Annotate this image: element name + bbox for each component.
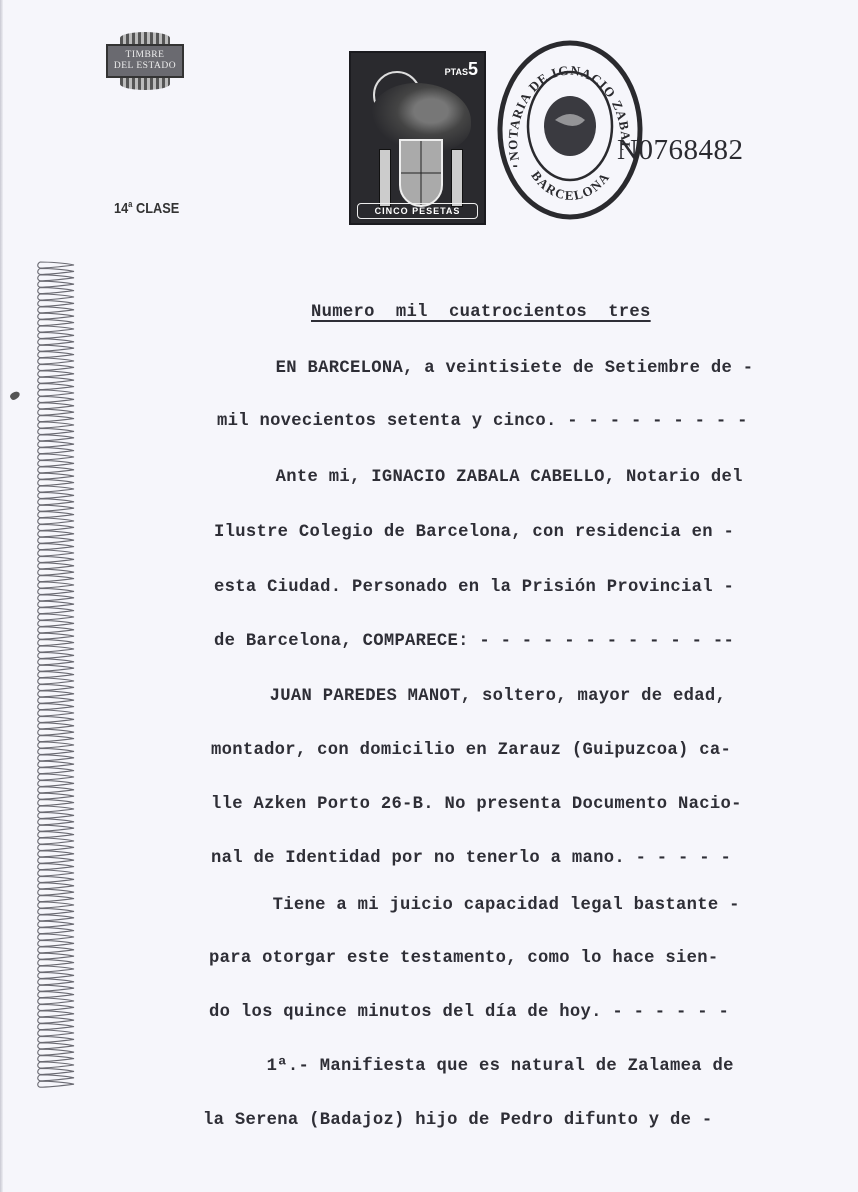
document-line: do los quince minutos del día de hoy. - … — [209, 1003, 729, 1022]
document-line: para otorgar este testamento, como lo ha… — [209, 949, 718, 968]
document-line: lle Azken Porto 26-B. No presenta Docume… — [211, 795, 742, 814]
spiral-binding-icon — [36, 258, 76, 1090]
stamp-value: PTAS5 — [445, 59, 478, 80]
document-line: Tiene a mi juicio capacidad legal bastan… — [209, 896, 740, 915]
stamp-pillar-icon — [451, 149, 463, 207]
document-class: 14a CLASE — [114, 199, 179, 217]
seal-bottom-text: BARCELONA — [528, 168, 612, 203]
stamp-pillar-icon — [379, 149, 391, 207]
document-line: nal de Identidad por no tenerlo a mano. … — [211, 849, 731, 868]
emblem-line-1: TIMBRE — [126, 50, 165, 61]
document-line: la Serena (Badajoz) hijo de Pedro difunt… — [203, 1111, 712, 1130]
ink-blot — [9, 390, 21, 401]
document-line: montador, con domicilio en Zarauz (Guipu… — [211, 741, 731, 760]
document-line: Ilustre Colegio de Barcelona, con reside… — [214, 523, 734, 542]
svg-text:BARCELONA: BARCELONA — [528, 168, 612, 203]
serial-number: N0768482 — [617, 134, 743, 167]
notary-seal-icon: NOTARIA DE IGNACIO ZABALA BARCELONA - — [497, 40, 643, 220]
document-title: Numero mil cuatrocientos tres — [311, 303, 651, 322]
emblem-ornament-bottom — [120, 78, 170, 90]
stamp-coat-of-arms-icon — [399, 139, 443, 207]
svg-text:-: - — [511, 159, 519, 175]
notary-seal: NOTARIA DE IGNACIO ZABALA BARCELONA - — [497, 40, 643, 220]
document-line: 1ª.- Manifiesta que es natural de Zalame… — [203, 1057, 734, 1076]
revenue-stamp: PTAS5 CINCO PESETAS — [349, 51, 486, 225]
document-line: EN BARCELONA, a veintisiete de Setiembre… — [212, 359, 753, 378]
stamp-caption: CINCO PESETAS — [357, 203, 478, 219]
document-line: Ante mi, IGNACIO ZABALA CABELLO, Notario… — [212, 468, 743, 487]
emblem-plate: TIMBRE DEL ESTADO — [106, 44, 184, 78]
document-line: esta Ciudad. Personado en la Prisión Pro… — [214, 578, 734, 597]
document-line: de Barcelona, COMPARECE: - - - - - - - -… — [214, 632, 734, 651]
page-edge — [0, 0, 3, 1192]
document-line: mil novecientos setenta y cinco. - - - -… — [217, 412, 748, 431]
document-line: JUAN PAREDES MANOT, soltero, mayor de ed… — [206, 687, 726, 706]
timbre-del-estado-emblem: TIMBRE DEL ESTADO — [106, 32, 184, 94]
emblem-ornament-top — [120, 32, 170, 44]
emblem-line-2: DEL ESTADO — [114, 61, 176, 72]
